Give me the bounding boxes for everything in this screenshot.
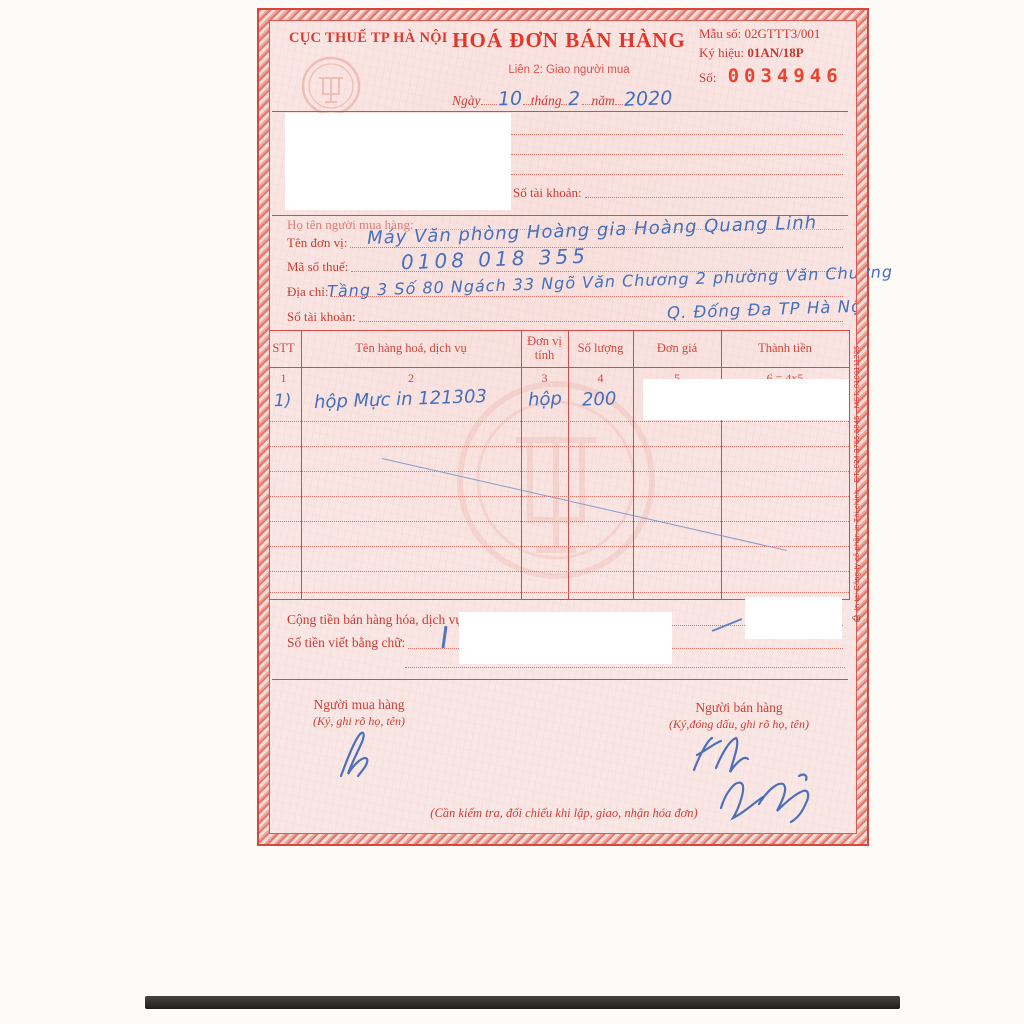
col-header-name: Tên hàng hoá, dịch vụ	[301, 341, 521, 355]
buyer-signature-title: Người mua hàng	[289, 697, 429, 713]
serial-value: 01AN/18P	[747, 45, 803, 60]
words-continuation-line	[405, 667, 845, 668]
invoice-number-line: Số: 0034946	[699, 63, 849, 91]
date-day-handwritten: 10	[497, 88, 522, 111]
row-line	[266, 471, 849, 472]
row-line	[266, 571, 849, 572]
buyer-signature	[319, 722, 379, 784]
printer-icon: ⎙	[851, 615, 861, 622]
buyer-unit-label: Tên đơn vị:	[287, 236, 347, 250]
buyer-address-label: Địa chỉ:	[287, 285, 329, 299]
header-divider	[272, 111, 848, 112]
col-header-qty: Số lượng	[568, 341, 633, 355]
col-number-3: 3	[521, 371, 568, 386]
invoice-title: HOÁ ĐƠN BÁN HÀNG	[414, 28, 724, 53]
date-line: Ngày 10 tháng 2 năm 2020	[452, 88, 698, 110]
col-header-price: Đơn giá	[633, 341, 721, 355]
date-dots	[523, 93, 531, 105]
print-credit: ⎙ In tại Công ty cổ phần in Tài chính - …	[851, 330, 862, 622]
form-number-line: Mẫu số: 02GTTT3/001	[699, 25, 849, 44]
date-dots	[481, 93, 497, 105]
invoice-number-value: 0034946	[728, 65, 843, 87]
redaction-block-total	[459, 612, 672, 664]
redaction-block-sum	[745, 597, 842, 639]
redaction-block-amounts	[643, 379, 849, 420]
invoice-number-label: Số:	[699, 70, 716, 85]
date-year-handwritten: 2020	[623, 87, 672, 111]
col-number-4: 4	[568, 371, 633, 386]
print-credit-text: In tại Công ty cổ phần in Tài chính - ĐT…	[852, 346, 861, 611]
row-line	[266, 496, 849, 497]
form-number-label: Mẫu số:	[699, 26, 741, 41]
serial-line: Ký hiệu: 01AN/18P	[699, 44, 849, 63]
date-year-label: năm	[592, 93, 615, 109]
dotted-leader	[350, 247, 843, 248]
scanner-edge-strip	[145, 996, 900, 1009]
date-month-label: tháng	[531, 93, 562, 109]
col-number-2: 2	[301, 371, 521, 386]
date-prefix: Ngày	[452, 93, 481, 109]
header-row-line	[266, 367, 849, 368]
row-line	[266, 446, 849, 447]
seller-line-2	[511, 154, 843, 155]
seller-line-1	[511, 134, 843, 135]
row1-qty-handwritten: 200	[582, 388, 617, 410]
col-header-total: Thành tiền	[721, 341, 849, 355]
buyer-account-label: Số tài khoản:	[287, 310, 356, 324]
col-header-unit: Đơn vị tính	[521, 334, 568, 363]
totals-divider	[272, 679, 848, 680]
date-dots	[561, 93, 567, 105]
copy-note: Liên 2: Giao người mua	[414, 64, 724, 76]
redaction-block-seller	[285, 113, 511, 210]
row-line	[266, 521, 849, 522]
seller-line-3	[511, 174, 843, 175]
seller-account-label: Số tài khoản:	[513, 186, 582, 200]
dotted-leader	[359, 321, 843, 322]
seller-signature-2	[711, 766, 819, 830]
invoice-page: CỤC THUẾ TP HÀ NỘI HOÁ ĐƠN BÁN HÀNG Liên…	[257, 8, 869, 846]
row-line	[266, 421, 849, 422]
date-month-handwritten: 2	[568, 88, 581, 110]
serial-label: Ký hiệu:	[699, 45, 744, 60]
seller-account-row: Số tài khoản:	[513, 186, 843, 200]
items-table: STT Tên hàng hoá, dịch vụ Đơn vị tính Số…	[265, 330, 850, 600]
seller-signature-title: Người bán hàng	[649, 700, 829, 716]
date-dots	[615, 93, 623, 105]
dotted-leader	[585, 197, 843, 198]
row1-unit-handwritten: hộp	[528, 388, 563, 410]
scan-background: CỤC THUẾ TP HÀ NỘI HOÁ ĐƠN BÁN HÀNG Liên…	[0, 0, 1024, 1024]
form-number-value: 02GTTT3/001	[745, 26, 821, 41]
check-note: (Cần kiểm tra, đối chiếu khi lập, giao, …	[359, 806, 769, 821]
amount-in-words-label: Số tiền viết bằng chữ:	[287, 636, 405, 651]
tax-emblem-icon	[299, 54, 363, 118]
row-line	[266, 592, 849, 593]
col-number-1: 1	[266, 371, 301, 386]
total-amount-label: Cộng tiền bán hàng hóa, dịch vụ	[287, 613, 462, 628]
form-info-box: Mẫu số: 02GTTT3/001 Ký hiệu: 01AN/18P Số…	[699, 25, 849, 90]
buyer-tax-label: Mã số thuế:	[287, 260, 348, 274]
col-header-stt: STT	[266, 341, 301, 355]
date-dots	[582, 93, 592, 105]
row1-stt-handwritten: 1)	[274, 391, 292, 412]
row1-name-handwritten: hộp Mực in 121303	[314, 386, 488, 413]
row-line	[266, 546, 849, 547]
